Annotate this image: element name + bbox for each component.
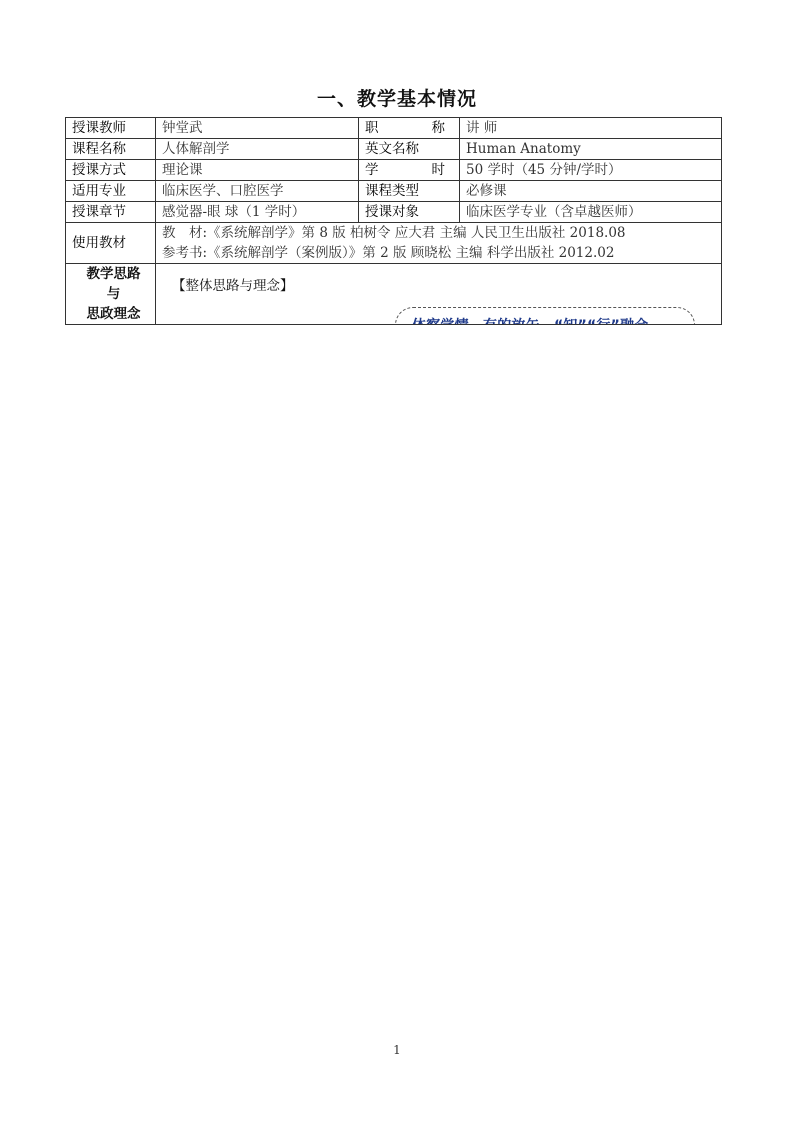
table-row-teaching-philosophy: 教学思路 与 思政理念 【整体思路与理念】 xyxy=(66,264,722,325)
label-title: 职称 xyxy=(359,118,460,139)
label-line-3: 思政理念 xyxy=(72,304,155,324)
basic-info-table: 授课教师 钟堂武 职称 讲 师 课程名称 人体解剖学 英文名称 Human An… xyxy=(65,117,722,325)
label-course-type: 课程类型 xyxy=(359,181,460,202)
label-teaching-method: 授课方式 xyxy=(66,160,156,181)
textbook-reference: 参考书:《系统解剖学（案例版）》第 2 版 顾晓松 主编 科学出版社 2012.… xyxy=(162,243,721,263)
label-course-name: 课程名称 xyxy=(66,139,156,160)
label-textbook: 使用教材 xyxy=(66,223,156,264)
page-number: 1 xyxy=(0,1043,794,1057)
label-english-name: 英文名称 xyxy=(359,139,460,160)
value-teacher: 钟堂武 xyxy=(156,118,359,139)
value-english-name: Human Anatomy xyxy=(460,139,722,160)
table-row-teacher: 授课教师 钟堂武 职称 讲 师 xyxy=(66,118,722,139)
arrows-icon xyxy=(162,264,402,325)
table-row-chapter: 授课章节 感觉器-眼 球（1 学时） 授课对象 临床医学专业（含卓越医师） xyxy=(66,202,722,223)
label-teaching-philosophy: 教学思路 与 思政理念 xyxy=(66,264,156,325)
label-line-1: 教学思路 xyxy=(72,264,155,284)
value-textbook: 教 材:《系统解剖学》第 8 版 柏树令 应大君 主编 人民卫生出版社 2018… xyxy=(156,223,722,264)
page-title: 一、教学基本情况 xyxy=(0,84,794,111)
label-audience: 授课对象 xyxy=(359,202,460,223)
label-hours: 学时 xyxy=(359,160,460,181)
label-title-a: 职 xyxy=(365,118,379,138)
value-title: 讲 师 xyxy=(460,118,722,139)
label-teacher: 授课教师 xyxy=(66,118,156,139)
value-hours: 50 学时（45 分钟/学时） xyxy=(460,160,722,181)
table-row-course: 课程名称 人体解剖学 英文名称 Human Anatomy xyxy=(66,139,722,160)
value-course-type: 必修课 xyxy=(460,181,722,202)
textbook-main: 教 材:《系统解剖学》第 8 版 柏树令 应大君 主编 人民卫生出版社 2018… xyxy=(162,223,721,243)
teaching-philosophy-content: 【整体思路与理念】 xyxy=(156,264,722,325)
label-chapter: 授课章节 xyxy=(66,202,156,223)
label-line-2: 与 xyxy=(72,284,155,304)
table-row-major: 适用专业 临床医学、口腔医学 课程类型 必修课 xyxy=(66,181,722,202)
value-chapter: 感觉器-眼 球（1 学时） xyxy=(156,202,359,223)
value-course-name: 人体解剖学 xyxy=(156,139,359,160)
idea-box: 体察学情，有的放矢，“知”“行”融合 学术教育：科学专业，博广深精。 专业教育：… xyxy=(395,307,695,325)
label-hours-b: 时 xyxy=(432,160,446,180)
table-row-method: 授课方式 理论课 学时 50 学时（45 分钟/学时） xyxy=(66,160,722,181)
value-audience: 临床医学专业（含卓越医师） xyxy=(460,202,722,223)
label-hours-a: 学 xyxy=(365,160,379,180)
value-major: 临床医学、口腔医学 xyxy=(156,181,359,202)
idea-heading: 体察学情，有的放矢，“知”“行”融合 xyxy=(412,316,694,325)
table-row-textbook: 使用教材 教 材:《系统解剖学》第 8 版 柏树令 应大君 主编 人民卫生出版社… xyxy=(66,223,722,264)
label-title-b: 称 xyxy=(432,118,446,138)
label-major: 适用专业 xyxy=(66,181,156,202)
value-teaching-method: 理论课 xyxy=(156,160,359,181)
